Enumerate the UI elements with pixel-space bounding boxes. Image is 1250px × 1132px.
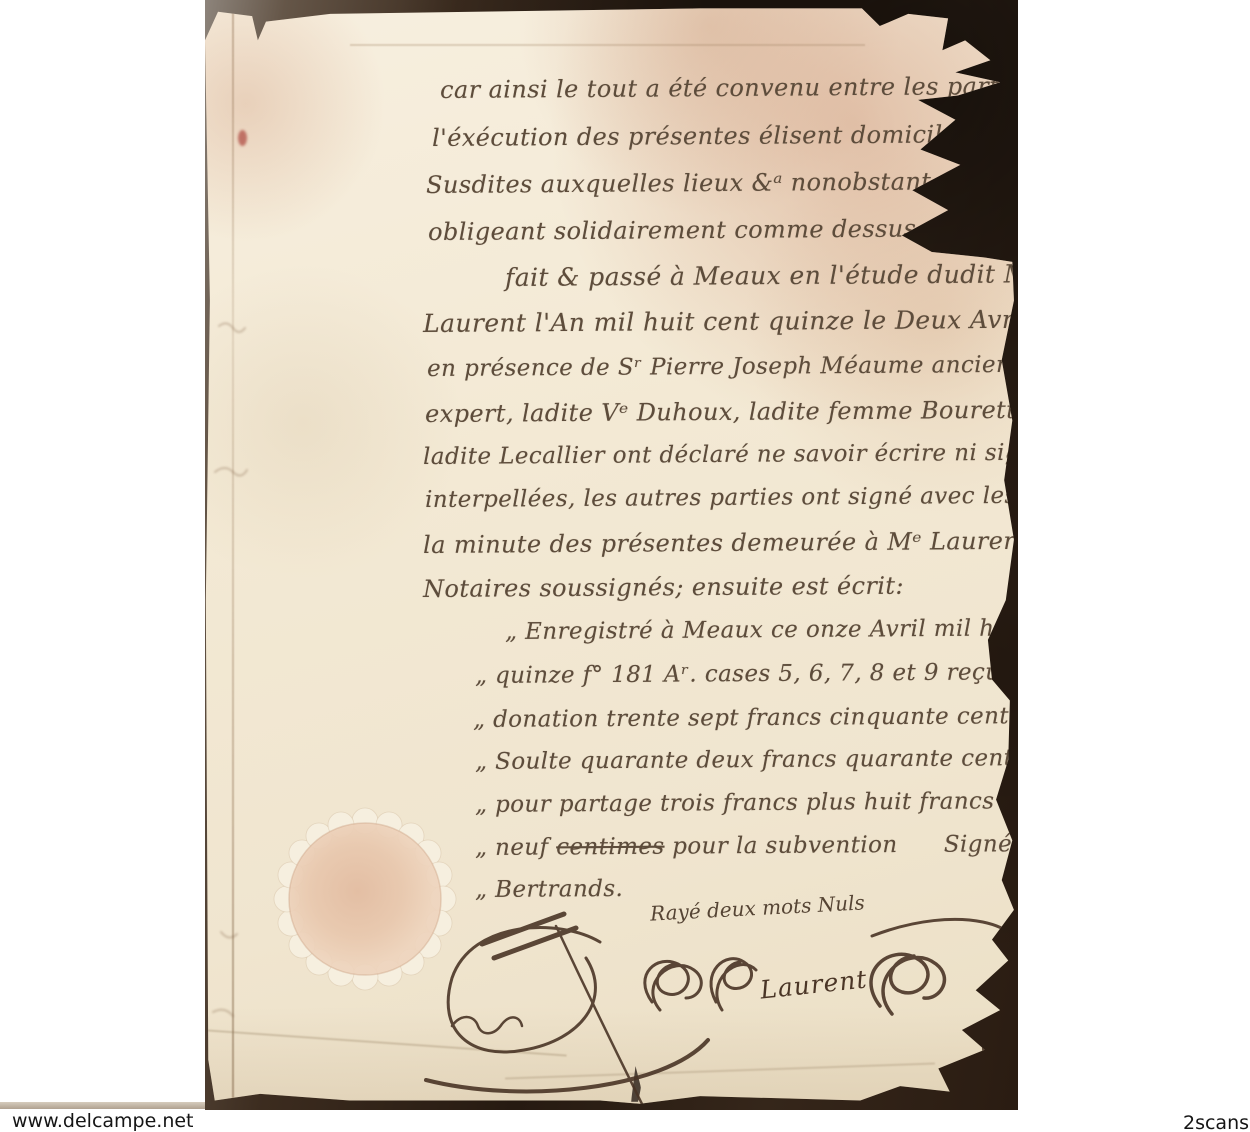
manuscript-paper: car ainsi le tout a été convenu entre le… (205, 4, 1018, 1106)
ink-knot-paraph (871, 954, 944, 1014)
manuscript-line: en présence de Sʳ Pierre Joseph Méaume a… (427, 351, 1152, 382)
manuscript-line: l'éxécution des présentes élisent domici… (432, 119, 1159, 152)
manuscript-line: expert, ladite Vᵉ Duhoux, ladite femme B… (425, 396, 1064, 428)
manuscript-line: interpellées, les autres parties ont sig… (425, 482, 1128, 513)
ink-bleed-through-marks (205, 4, 249, 1106)
scan-bottom-shadow (0, 1102, 205, 1109)
illegible-signature-scrawl (452, 1017, 522, 1033)
manuscript-line: la minute des présentes demeurée à Mᵉ La… (423, 526, 1135, 559)
horizontal-fold-crease (350, 44, 865, 46)
manuscript-line: Notaires soussignés; ensuite est écrit: (423, 572, 904, 603)
2scans-watermark: 2scans (1183, 1112, 1249, 1132)
manuscript-line: „ donation trente sept francs cinquante … (473, 702, 1137, 733)
manuscript-line: ladite Lecallier ont déclaré ne savoir é… (423, 439, 1133, 470)
manuscript-line: „ pour partage trois francs plus huit fr… (475, 788, 1063, 818)
manuscript-line: obligeant solidairement comme dessus &ᵃ … (428, 213, 1130, 246)
manuscript-line: „ Enregistré à Meaux ce onze Avril mil h… (505, 615, 1141, 645)
manuscript-line: fait & passé à Meaux en l'étude dudit Mᵉ (505, 259, 1040, 292)
manuscript-line: Laurent l'An mil huit cent quinze le Deu… (423, 305, 1039, 338)
manuscript-line: „ quinze f° 181 Aʳ. cases 5, 6, 7, 8 et … (475, 659, 1119, 689)
ink-knot-paraph (711, 959, 756, 1010)
paraph-underline-sweep (426, 1040, 708, 1091)
signature-flourishes (400, 880, 1020, 1106)
delcampe-url-watermark: www.delcampe.net (12, 1110, 194, 1132)
manuscript-line: „ neuf centimes pour la subvention Signé (475, 831, 1012, 861)
ink-knot-paraph (645, 961, 702, 1010)
scanned-document-page: car ainsi le tout a été convenu entre le… (0, 0, 1250, 1132)
